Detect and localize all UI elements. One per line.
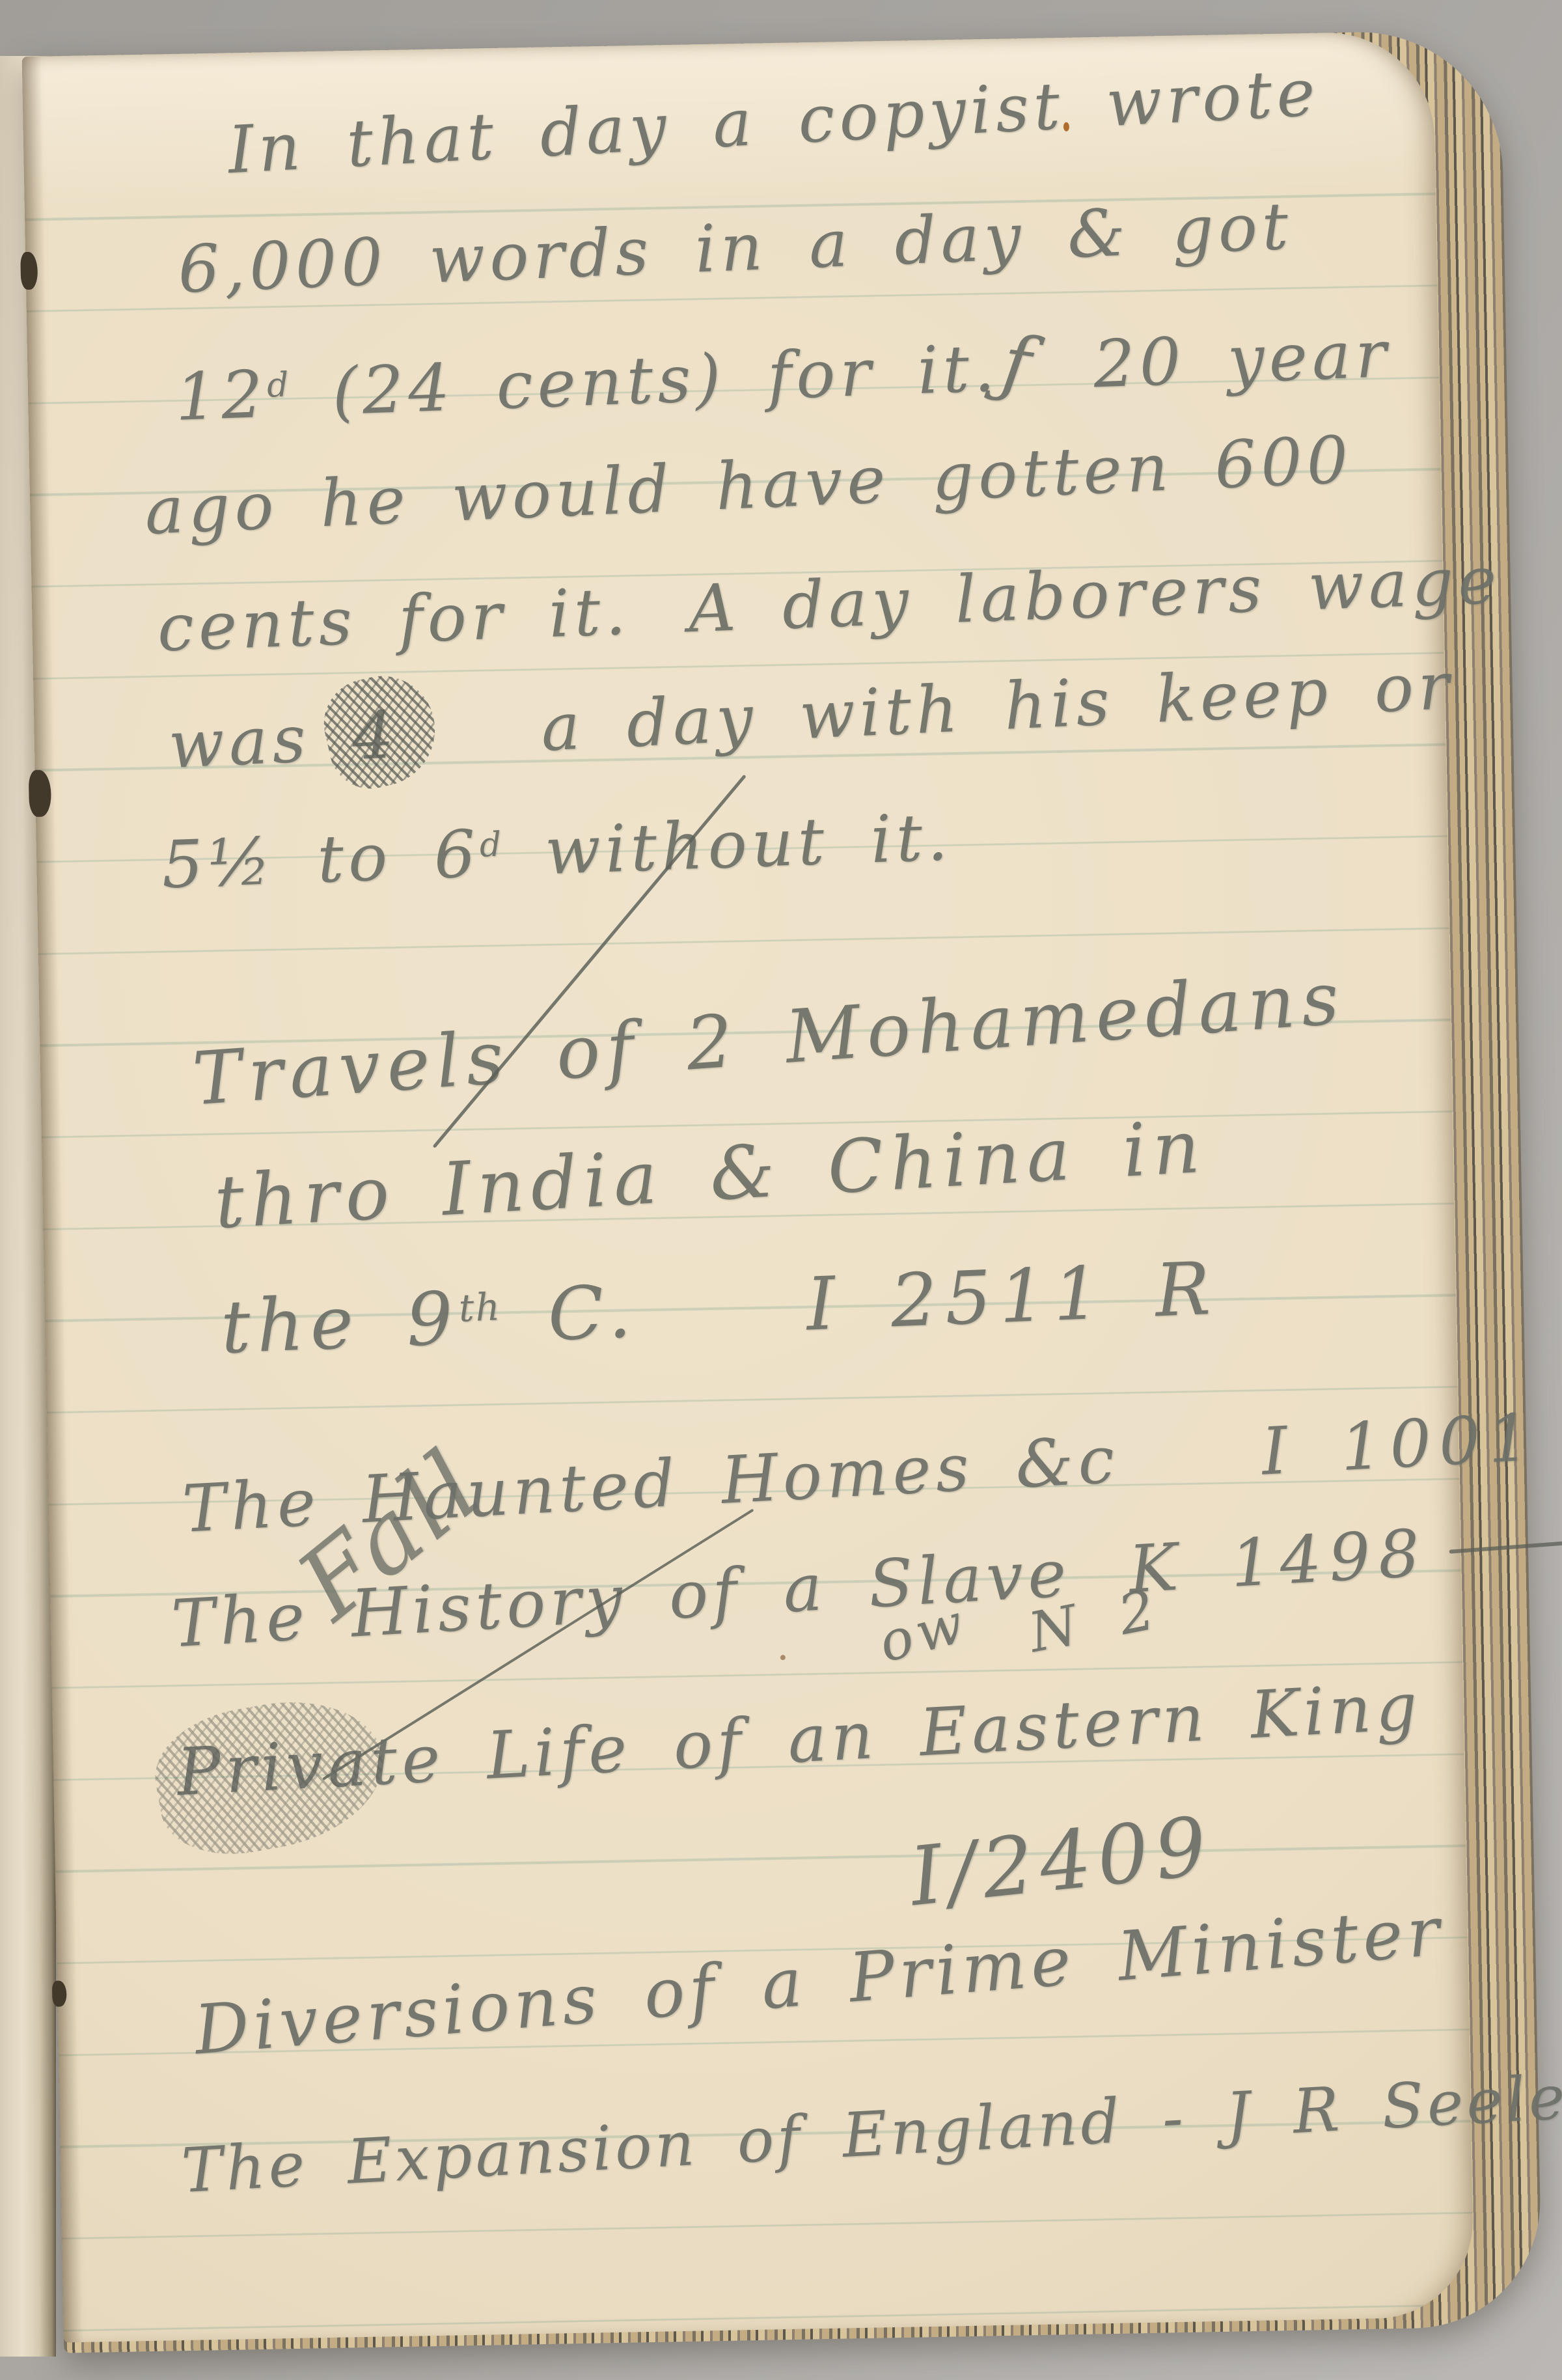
entry-diversions: Diversions of a Prime Minister [192,1897,1446,2064]
entry-travels-title-3: the 9 [219,1277,461,1370]
entry-travels-title-2: thro India & China in [212,1105,1208,1245]
para-line-7-text-a: 5½ to 6 [160,816,481,903]
para-line-6-text-b: a day with his keep or [540,648,1455,766]
entry-expansion-title: The Expansion of England - J R Seeley [180,2060,1562,2207]
entry-diversions-title: Diversions of a Prime Minister [191,1891,1447,2069]
paper-speck [780,1655,786,1660]
pence-superscript: d [479,825,503,865]
pence-number: 12 [174,356,268,436]
notebook-photo: In that day a copyist wrote 6,000 words … [0,0,1562,2380]
para-line-4-text: ago he would have gotten 600 [143,421,1354,549]
entry-travels-title-3b: C. [546,1269,638,1357]
entry-travels-line-1: Travels of 2 Mohamedans [191,962,1348,1116]
call-number-slave: K 1498 [1127,1515,1429,1608]
pencil-dash-stroke [1449,1534,1562,1554]
pencil-scribble-over-word [146,1686,395,1867]
para-line-2: 6,000 words in a day & got [177,194,1294,303]
entry-expansion: The Expansion of England - J R Seeley [180,2066,1562,2202]
entry-travels-title-1: Travels of 2 Mohamedans [190,956,1348,1122]
pencil-scribble-over-number [315,665,446,797]
para-line-5-text-b: A day laborers wage [687,542,1502,648]
para-line-1-text: In that day a copyist wrote [226,54,1321,188]
ordinal-superscript: th [458,1284,502,1330]
para-line-3: 12d (24 cents) for it.ƒ20 year [174,314,1392,432]
notebook-page: In that day a copyist wrote 6,000 words … [22,31,1475,2342]
para-line-7-text-b: without it. [543,799,953,889]
para-line-5-text-a: cents for it. [156,574,631,667]
flourish-mark: ƒ [998,325,1040,404]
call-number-eastern-king: I/2409 [907,1806,1217,1918]
entry-travels-line-2: thro India & China in [213,1111,1208,1239]
para-line-3-text: (24 cents) for it. [331,330,1000,430]
para-line-2-text: 6,000 words in a day & got [176,188,1294,308]
notebook-fore-edge: In that day a copyist wrote 6,000 words … [22,29,1542,2353]
pence-superscript: d [266,365,290,405]
call-number-eastern-king-text: I/2409 [906,1799,1218,1924]
para-line-3-tail: 20 year [1092,316,1392,402]
text-gap [1120,1474,1263,1482]
text-gap [638,1329,808,1336]
text-gap [631,631,689,633]
para-line-4: ago he would have gotten 600 [143,427,1354,544]
call-number-haunted: I 1001 [1260,1399,1539,1489]
para-line-1: In that day a copyist wrote [226,60,1321,183]
call-number-travels: I 2511 R [804,1247,1219,1348]
para-line-5: cents for it.A day laborers wage [156,548,1502,661]
para-line-7: 5½ to 6d without it. [161,805,953,898]
entry-travels-line-3: the 9th C.I 2511 R [219,1252,1219,1364]
text-gap [1035,387,1094,389]
